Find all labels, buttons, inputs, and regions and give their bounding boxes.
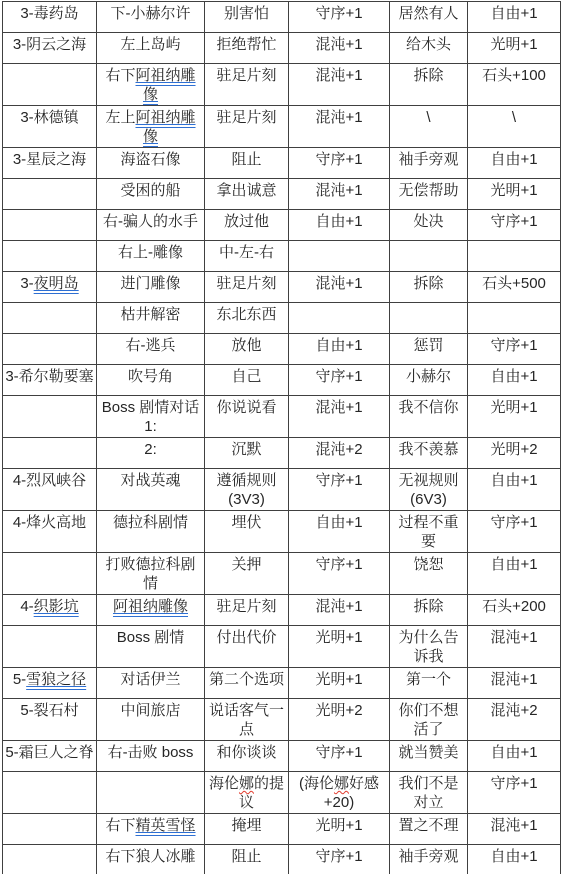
table-cell: 惩罚 [390,334,468,365]
table-cell: 拆除 [390,272,468,303]
table-cell [289,241,390,272]
cell-text: 拆除 [413,275,443,292]
cell-text: 你说说看 [216,399,276,416]
cell-text: 饶恕 [413,556,443,573]
table-row: 右下精英雪怪掩埋光明+1置之不理混沌+1 [3,814,561,845]
cell-text: 拆除 [413,67,443,84]
table-cell: 光明+1 [289,814,390,845]
table-cell: 你说说看 [205,396,289,438]
cell-text: 右下 [105,817,135,834]
table-row: Boss 剧情对话 1:你说说看混沌+1我不信你光明+1 [3,396,561,438]
table-cell: 第二个选项 [205,668,289,699]
table-cell [3,772,97,814]
table-cell: 石头+500 [468,272,561,303]
cell-text: 枯井解密 [120,306,180,323]
table-cell: 无偿帮助 [390,179,468,210]
table-row: Boss 剧情付出代价光明+1为什么告诉我混沌+1 [3,626,561,668]
table-cell: 第一个 [390,668,468,699]
cell-text: 守序+1 [315,472,362,489]
table-cell: 自由+1 [468,2,561,33]
cell-text: 右-逃兵 [126,337,176,354]
table-cell: 右下狼人冰雕 [97,845,205,874]
cell-text: 海盗石像 [120,151,180,168]
table-cell: Boss 剧情 [97,626,205,668]
table-cell [3,396,97,438]
table-row: 3-希尔勒要塞吹号角自己守序+1小赫尔自由+1 [3,365,561,396]
table-cell: 4-烽火高地 [3,511,97,553]
table-row: 海伦娜的提议(海伦娜好感+20)我们不是对立守序+1 [3,772,561,814]
cell-text: 混沌+2 [490,702,537,719]
table-cell [3,241,97,272]
cell-text: 袖手旁观 [398,151,458,168]
table-cell: 守序+1 [289,148,390,179]
table-cell: (海伦娜好感+20) [289,772,390,814]
table-cell: 光明+1 [289,626,390,668]
table-row: 打败德拉科剧情关押守序+1饶恕自由+1 [3,553,561,595]
table-row: 3-星辰之海海盗石像阻止守序+1袖手旁观自由+1 [3,148,561,179]
spellcheck-flagged-word: 娜 [334,775,349,792]
cell-text: 守序+1 [315,368,362,385]
table-cell: 自由+1 [289,210,390,241]
table-cell: 我不信你 [390,396,468,438]
cell-text: 自由+1 [315,213,362,230]
table-cell: 守序+1 [289,365,390,396]
table-cell [97,772,205,814]
cell-text: 4-烈风峡谷 [13,472,86,489]
cell-text: 德拉科剧情 [113,514,188,531]
cell-text: Boss 剧情对话 1: [102,399,200,435]
table-cell: 混沌+1 [289,179,390,210]
cell-text: 给木头 [406,36,451,53]
table-cell: 自由+1 [468,845,561,874]
table-cell: 守序+1 [289,741,390,772]
table-cell: 驻足片刻 [205,64,289,106]
table-cell: 中-左-右 [205,241,289,272]
cell-text: 守序+1 [315,5,362,22]
table-row: 受困的船拿出诚意混沌+1无偿帮助光明+1 [3,179,561,210]
cell-text: 我不羡慕 [398,441,458,458]
table-cell: 4-织影坑 [3,595,97,626]
doc-hyperlink[interactable]: 夜明岛 [34,275,79,292]
table-cell: 你们不想活了 [390,699,468,741]
table-cell [3,64,97,106]
table-cell: 自由+1 [468,148,561,179]
cell-text: 守序+1 [490,514,537,531]
cell-text: 光明+1 [315,817,362,834]
cell-text: 混沌+1 [315,109,362,126]
table-cell [468,303,561,334]
table-cell: 付出代价 [205,626,289,668]
table-row: 右上-雕像中-左-右 [3,241,561,272]
table-cell: 5-雪狼之径 [3,668,97,699]
table-cell: 驻足片刻 [205,595,289,626]
cell-text: 拆除 [413,598,443,615]
table-cell: 守序+1 [289,553,390,595]
table-body: 3-毒药岛下-小赫尔许别害怕守序+1居然有人自由+13-阴云之海左上岛屿拒绝帮忙… [3,2,561,874]
cell-text: 守序+1 [315,744,362,761]
table-row: 4-织影坑阿祖纳雕像驻足片刻混沌+1拆除石头+200 [3,595,561,626]
table-cell [390,303,468,334]
cell-text: 光明+1 [490,36,537,53]
cell-text: 过程不重要 [398,514,458,550]
table-cell: 海盗石像 [97,148,205,179]
table-cell: 说话客气一点 [205,699,289,741]
table-cell: 光明+1 [468,179,561,210]
cell-text: 混沌+1 [315,399,362,416]
cell-text: 光明+1 [490,399,537,416]
cell-text: 守序+1 [315,151,362,168]
cell-text: 驻足片刻 [216,275,276,292]
cell-text: 掩埋 [231,817,261,834]
table-cell: 3-星辰之海 [3,148,97,179]
table-cell: 右-逃兵 [97,334,205,365]
table-cell: 自由+1 [468,741,561,772]
cell-text: 我不信你 [398,399,458,416]
table-cell: 混沌+1 [289,64,390,106]
cell-text: 守序+1 [490,213,537,230]
cell-text: 拒绝帮忙 [216,36,276,53]
cell-text: 阻止 [231,151,261,168]
cell-text: 惩罚 [413,337,443,354]
table-cell: 自由+1 [468,553,561,595]
table-cell: 饶恕 [390,553,468,595]
table-cell: 阿祖纳雕像 [97,595,205,626]
cell-text: 自由+1 [490,368,537,385]
table-cell [3,303,97,334]
cell-text: 放过他 [224,213,269,230]
cell-text: 东北东西 [216,306,276,323]
table-cell: 守序+1 [468,772,561,814]
table-cell: 3-毒药岛 [3,2,97,33]
cell-text: 沉默 [231,441,261,458]
table-cell: 阻止 [205,845,289,874]
cell-text: 右上-雕像 [118,244,183,261]
table-row: 3-毒药岛下-小赫尔许别害怕守序+1居然有人自由+1 [3,2,561,33]
cell-text: 左上岛屿 [120,36,180,53]
cell-text: 海伦 [209,775,239,792]
table-cell: \ [390,106,468,148]
table-cell: 别害怕 [205,2,289,33]
table-row: 右-逃兵放他自由+1惩罚守序+1 [3,334,561,365]
table-cell: 光明+1 [289,668,390,699]
cell-text: 自由+1 [315,337,362,354]
table-cell: 3-夜明岛 [3,272,97,303]
cell-text: 中间旅店 [120,702,180,719]
table-row: 3-阴云之海左上岛屿拒绝帮忙混沌+1给木头光明+1 [3,33,561,64]
table-cell: 混沌+1 [289,396,390,438]
table-cell: 混沌+1 [289,106,390,148]
cell-text: 无视规则(6V3) [398,472,458,508]
table-cell: 守序+1 [289,845,390,874]
cell-text: 无偿帮助 [398,182,458,199]
cell-text: 守序+1 [490,775,537,792]
table-cell: 右-击败 boss [97,741,205,772]
cell-text: 守序+1 [315,556,362,573]
cell-text: 混沌+1 [490,817,537,834]
table-cell: 混沌+1 [468,668,561,699]
table-row: 5-雪狼之径对话伊兰第二个选项光明+1第一个混沌+1 [3,668,561,699]
table-cell [3,334,97,365]
table-cell: 自由+1 [289,511,390,553]
cell-text: 光明+1 [315,629,362,646]
cell-text: 混沌+1 [315,36,362,53]
cell-text: 右-击败 boss [108,744,194,761]
table-cell: 过程不重要 [390,511,468,553]
table-cell: 自己 [205,365,289,396]
table-cell: 海伦娜的提议 [205,772,289,814]
cell-text: 5-裂石村 [20,702,78,719]
cell-text: 对战英魂 [120,472,180,489]
document-page: 3-毒药岛下-小赫尔许别害怕守序+1居然有人自由+13-阴云之海左上岛屿拒绝帮忙… [0,0,562,874]
doc-hyperlink[interactable]: 阿祖纳雕像 [136,109,196,145]
table-cell: 5-裂石村 [3,699,97,741]
table-row: 3-林德镇左上阿祖纳雕像驻足片刻混沌+1\\ [3,106,561,148]
table-cell [3,814,97,845]
cell-text: 3- [20,275,33,292]
cell-text: (海伦 [299,775,334,792]
table-cell: 阻止 [205,148,289,179]
cell-text: 自由+1 [490,472,537,489]
cell-text: 驻足片刻 [216,109,276,126]
table-cell: 右上-雕像 [97,241,205,272]
table-cell: 混沌+1 [289,595,390,626]
cell-text: 5-霜巨人之脊 [5,744,93,761]
table-cell: 置之不理 [390,814,468,845]
table-cell: 混沌+1 [289,272,390,303]
table-cell [3,179,97,210]
table-row: 4-烈风峡谷对战英魂遵循规则(3V3)守序+1无视规则(6V3)自由+1 [3,469,561,511]
table-cell: 和你谈谈 [205,741,289,772]
table-cell: 沉默 [205,438,289,469]
table-cell: 5-霜巨人之脊 [3,741,97,772]
table-cell: 处决 [390,210,468,241]
table-cell: 埋伏 [205,511,289,553]
doc-hyperlink[interactable]: 织影坑 [34,598,79,615]
table-cell: 守序+1 [468,210,561,241]
doc-hyperlink[interactable]: 精英雪怪 [136,817,196,834]
table-cell [3,626,97,668]
cell-text: 付出代价 [216,629,276,646]
doc-hyperlink[interactable]: 阿祖纳雕像 [113,598,188,615]
table-cell: 右下阿祖纳雕像 [97,64,205,106]
table-cell: 2: [97,438,205,469]
cell-text: 光明+2 [490,441,537,458]
cell-text: 置之不理 [398,817,458,834]
cell-text: 小赫尔 [406,368,451,385]
cell-text: 混沌+1 [315,182,362,199]
cell-text: \ [426,109,430,126]
table-cell: 枯井解密 [97,303,205,334]
table-cell: 遵循规则(3V3) [205,469,289,511]
table-cell: 袖手旁观 [390,845,468,874]
table-cell: 拆除 [390,595,468,626]
table-cell: 拿出诚意 [205,179,289,210]
cell-text: \ [512,109,516,126]
table-cell [3,210,97,241]
table-cell: 关押 [205,553,289,595]
cell-text: 光明+2 [315,702,362,719]
table-cell: 无视规则(6V3) [390,469,468,511]
cell-text: 第一个 [406,671,451,688]
cell-text: 进门雕像 [120,275,180,292]
cell-text: 居然有人 [398,5,458,22]
cell-text: 4-烽火高地 [13,514,86,531]
cell-text: 3-星辰之海 [13,151,86,168]
cell-text: 自由+1 [490,556,537,573]
cell-text: 拿出诚意 [216,182,276,199]
table-cell: 光明+1 [468,396,561,438]
table-cell [468,241,561,272]
cell-text: 袖手旁观 [398,848,458,865]
cell-text: 关押 [231,556,261,573]
cell-text: 光明+1 [490,182,537,199]
cell-text: 别害怕 [224,5,269,22]
cell-text: 自由+1 [315,514,362,531]
cell-text: 就当赞美 [398,744,458,761]
table-cell: 为什么告诉我 [390,626,468,668]
cell-text: 石头+500 [482,275,546,292]
table-cell [3,553,97,595]
table-row: 右下狼人冰雕阻止守序+1袖手旁观自由+1 [3,845,561,874]
table-row: 右下阿祖纳雕像驻足片刻混沌+1拆除石头+100 [3,64,561,106]
table-cell: 对话伊兰 [97,668,205,699]
table-cell: 拒绝帮忙 [205,33,289,64]
doc-hyperlink[interactable]: 雪狼之径 [26,671,86,688]
cell-text: 守序+1 [315,848,362,865]
table-cell: 守序+1 [468,334,561,365]
cell-text: 打败德拉科剧情 [105,556,195,592]
table-cell: 我不羡慕 [390,438,468,469]
cell-text: 自由+1 [490,151,537,168]
table-cell: 自由+1 [468,469,561,511]
cell-text: 受困的船 [120,182,180,199]
table-cell: 光明+2 [289,699,390,741]
table-row: 右-骗人的水手放过他自由+1处决守序+1 [3,210,561,241]
cell-text: 你们不想活了 [398,702,458,738]
table-cell: 石头+100 [468,64,561,106]
table-cell: 自由+1 [289,334,390,365]
table-row: 5-霜巨人之脊右-击败 boss和你谈谈守序+1就当赞美自由+1 [3,741,561,772]
table-cell: 居然有人 [390,2,468,33]
table-cell: 混沌+2 [468,699,561,741]
cell-text: 处决 [413,213,443,230]
cell-text: 3-阴云之海 [13,36,86,53]
cell-text: 自由+1 [490,848,537,865]
cell-text: 我们不是对立 [398,775,458,811]
cell-text: 2: [144,441,157,458]
cell-text: 放他 [231,337,261,354]
cell-text: 3-希尔勒要塞 [5,368,93,385]
cell-text: 吹号角 [128,368,173,385]
table-cell: 受困的船 [97,179,205,210]
table-cell: 德拉科剧情 [97,511,205,553]
table-cell: 守序+1 [468,511,561,553]
table-cell [3,845,97,874]
cell-text: 第二个选项 [209,671,284,688]
table-cell: 打败德拉科剧情 [97,553,205,595]
table-cell: 4-烈风峡谷 [3,469,97,511]
cell-text: 石头+100 [482,67,546,84]
table-row: 5-裂石村中间旅店说话客气一点光明+2你们不想活了混沌+2 [3,699,561,741]
table-cell: 左上岛屿 [97,33,205,64]
cell-text: 混沌+1 [315,598,362,615]
table-cell: 就当赞美 [390,741,468,772]
cell-text: 右下狼人冰雕 [105,848,195,865]
table-cell: 光明+1 [468,33,561,64]
cell-text: 埋伏 [231,514,261,531]
table-cell: 拆除 [390,64,468,106]
table-cell: 放过他 [205,210,289,241]
table-cell: 混沌+1 [468,814,561,845]
cell-text: 光明+1 [315,671,362,688]
cell-text: 驻足片刻 [216,598,276,615]
cell-text: Boss 剧情 [117,629,185,646]
table-cell: 袖手旁观 [390,148,468,179]
table-cell: 驻足片刻 [205,106,289,148]
cell-text: 混沌+1 [490,671,537,688]
table-cell: Boss 剧情对话 1: [97,396,205,438]
cell-text: 和你谈谈 [216,744,276,761]
table-cell: 混沌+1 [289,33,390,64]
table-cell: 混沌+2 [289,438,390,469]
cell-text: 石头+200 [482,598,546,615]
table-row: 2:沉默混沌+2我不羡慕光明+2 [3,438,561,469]
cell-text: 左上 [105,109,135,126]
table-cell: 守序+1 [289,469,390,511]
table-cell: 下-小赫尔许 [97,2,205,33]
table-cell: 右-骗人的水手 [97,210,205,241]
cell-text: 自由+1 [490,744,537,761]
cell-text: 对话伊兰 [120,671,180,688]
cell-text: 3-林德镇 [20,109,78,126]
cell-text: 自由+1 [490,5,537,22]
table-row: 3-夜明岛进门雕像驻足片刻混沌+1拆除石头+500 [3,272,561,303]
table-cell: 东北东西 [205,303,289,334]
table-cell: 3-林德镇 [3,106,97,148]
cell-text: 右下 [105,67,135,84]
cell-text: 右-骗人的水手 [103,213,198,230]
cell-text: 驻足片刻 [216,67,276,84]
cell-text: 为什么告诉我 [398,629,458,665]
table-cell: 放他 [205,334,289,365]
cell-text: 混沌+1 [490,629,537,646]
table-cell [390,241,468,272]
table-cell: 3-阴云之海 [3,33,97,64]
table-cell: 混沌+1 [468,626,561,668]
doc-hyperlink[interactable]: 阿祖纳雕像 [136,67,196,103]
table-cell: 我们不是对立 [390,772,468,814]
table-cell: 掩埋 [205,814,289,845]
table-cell: 小赫尔 [390,365,468,396]
cell-text: 阻止 [231,848,261,865]
table-cell: 守序+1 [289,2,390,33]
table-row: 4-烽火高地德拉科剧情埋伏自由+1过程不重要守序+1 [3,511,561,553]
cell-text: 守序+1 [490,337,537,354]
table-cell: 给木头 [390,33,468,64]
cell-text: 混沌+2 [315,441,362,458]
spellcheck-flagged-word: 娜 [239,775,254,792]
game-choices-table: 3-毒药岛下-小赫尔许别害怕守序+1居然有人自由+13-阴云之海左上岛屿拒绝帮忙… [2,1,561,874]
table-cell: 左上阿祖纳雕像 [97,106,205,148]
cell-text: 说话客气一点 [209,702,284,738]
cell-text: 遵循规则(3V3) [216,472,276,508]
table-cell: 3-希尔勒要塞 [3,365,97,396]
cell-text: 4- [20,598,33,615]
cell-text: 3-毒药岛 [20,5,78,22]
table-cell: 光明+2 [468,438,561,469]
cell-text: 自己 [231,368,261,385]
table-cell: \ [468,106,561,148]
